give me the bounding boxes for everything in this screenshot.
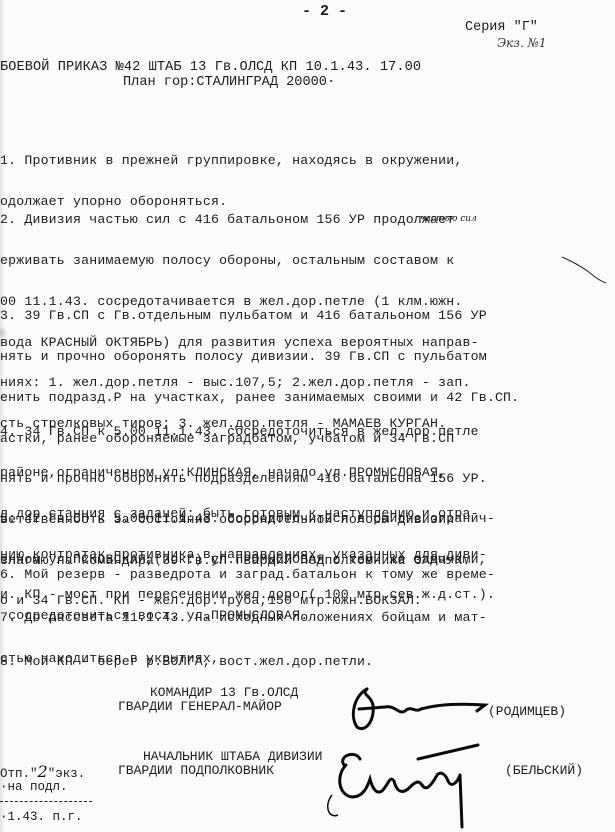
signature-title-chief-of-staff: НАЧАЛЬНИК ШТАБА ДИВИЗИИ	[143, 750, 322, 763]
paragraph-line: 2. Дивизия частью сил с 416 батальоном 1…	[0, 213, 615, 227]
paragraph-line: ерживать занимаемую полосу обороны, оста…	[0, 254, 615, 268]
paragraph-line: районе,ограниченном ул:КЛИНСКАЯ, начало …	[0, 466, 615, 480]
paragraph-line: нять и прочно оборонять полосу дивизии. …	[0, 350, 615, 364]
series-handwritten-note: Экз. №1	[497, 36, 547, 50]
signature-rank-commander: ГВАРДИИ ГЕНЕРАЛ-МАЙОР	[118, 700, 282, 713]
original-note: ·на подл.	[0, 780, 68, 794]
order-title: БОЕВОЙ ПРИКАЗ №42 ШТАБ 13 Гв.ОЛСД КП 10.…	[0, 60, 421, 75]
handwritten-insertion: частью сил	[420, 214, 477, 224]
paragraph-line: 8. Мой КП - берег р.ВОЛГА, вост.жел.дор.…	[0, 655, 615, 669]
paragraph-line: 4. 34 Гв.СП к 5.00 11.1.43. сосредоточит…	[0, 425, 615, 439]
date-note: ·1.43. п.г.	[0, 810, 83, 824]
paragraph-line: 5. 42 Гв.СП к 5.00 11.1.43. сосредоточит…	[0, 512, 615, 526]
signature-name-chief-of-staff: (БЕЛЬСКИЙ)	[505, 764, 583, 777]
map-reference: План гор:СТАЛИНГРАД 20000·	[123, 75, 335, 90]
handwritten-signature-chief-of-staff	[318, 735, 508, 830]
handwritten-stroke	[560, 255, 610, 285]
paragraph-line: 7. До рассвета 11.1.43. на исходных поло…	[0, 611, 615, 625]
signature-name-commander: (РОДИМЦЕВ)	[488, 705, 566, 718]
signature-rank-chief-of-staff: ГВАРДИИ ПОДПОЛКОВНИК	[118, 764, 274, 777]
copies-count-handwritten: 2	[38, 762, 48, 781]
handwritten-signature-commander	[345, 685, 495, 735]
series-label: Серия "Г"	[465, 20, 538, 35]
signature-title-commander: КОМАНДИР 13 Гв.ОЛСД	[150, 686, 298, 699]
document-page: - 2 - Серия "Г" Экз. №1 БОЕВОЙ ПРИКАЗ №4…	[0, 0, 615, 832]
divider-dashed	[0, 801, 92, 802]
copies-suffix: "экз.	[48, 767, 86, 781]
copies-prefix: Отп."	[0, 767, 38, 781]
paragraph-line: 3. 39 Гв.СП с Гв.отдельным пульбатом и 4…	[0, 309, 615, 323]
paragraph-line: 6. Мой резерв - разведрота и заград.бата…	[0, 568, 615, 582]
paragraph-line: 1. Противник в прежней группировке, нахо…	[0, 154, 615, 168]
page-number: - 2 -	[302, 3, 347, 20]
copies-note: Отп."2"экз.	[0, 765, 85, 781]
paragraph-8: 8. Мой КП - берег р.ВОЛГА, вост.жел.дор.…	[0, 628, 615, 696]
